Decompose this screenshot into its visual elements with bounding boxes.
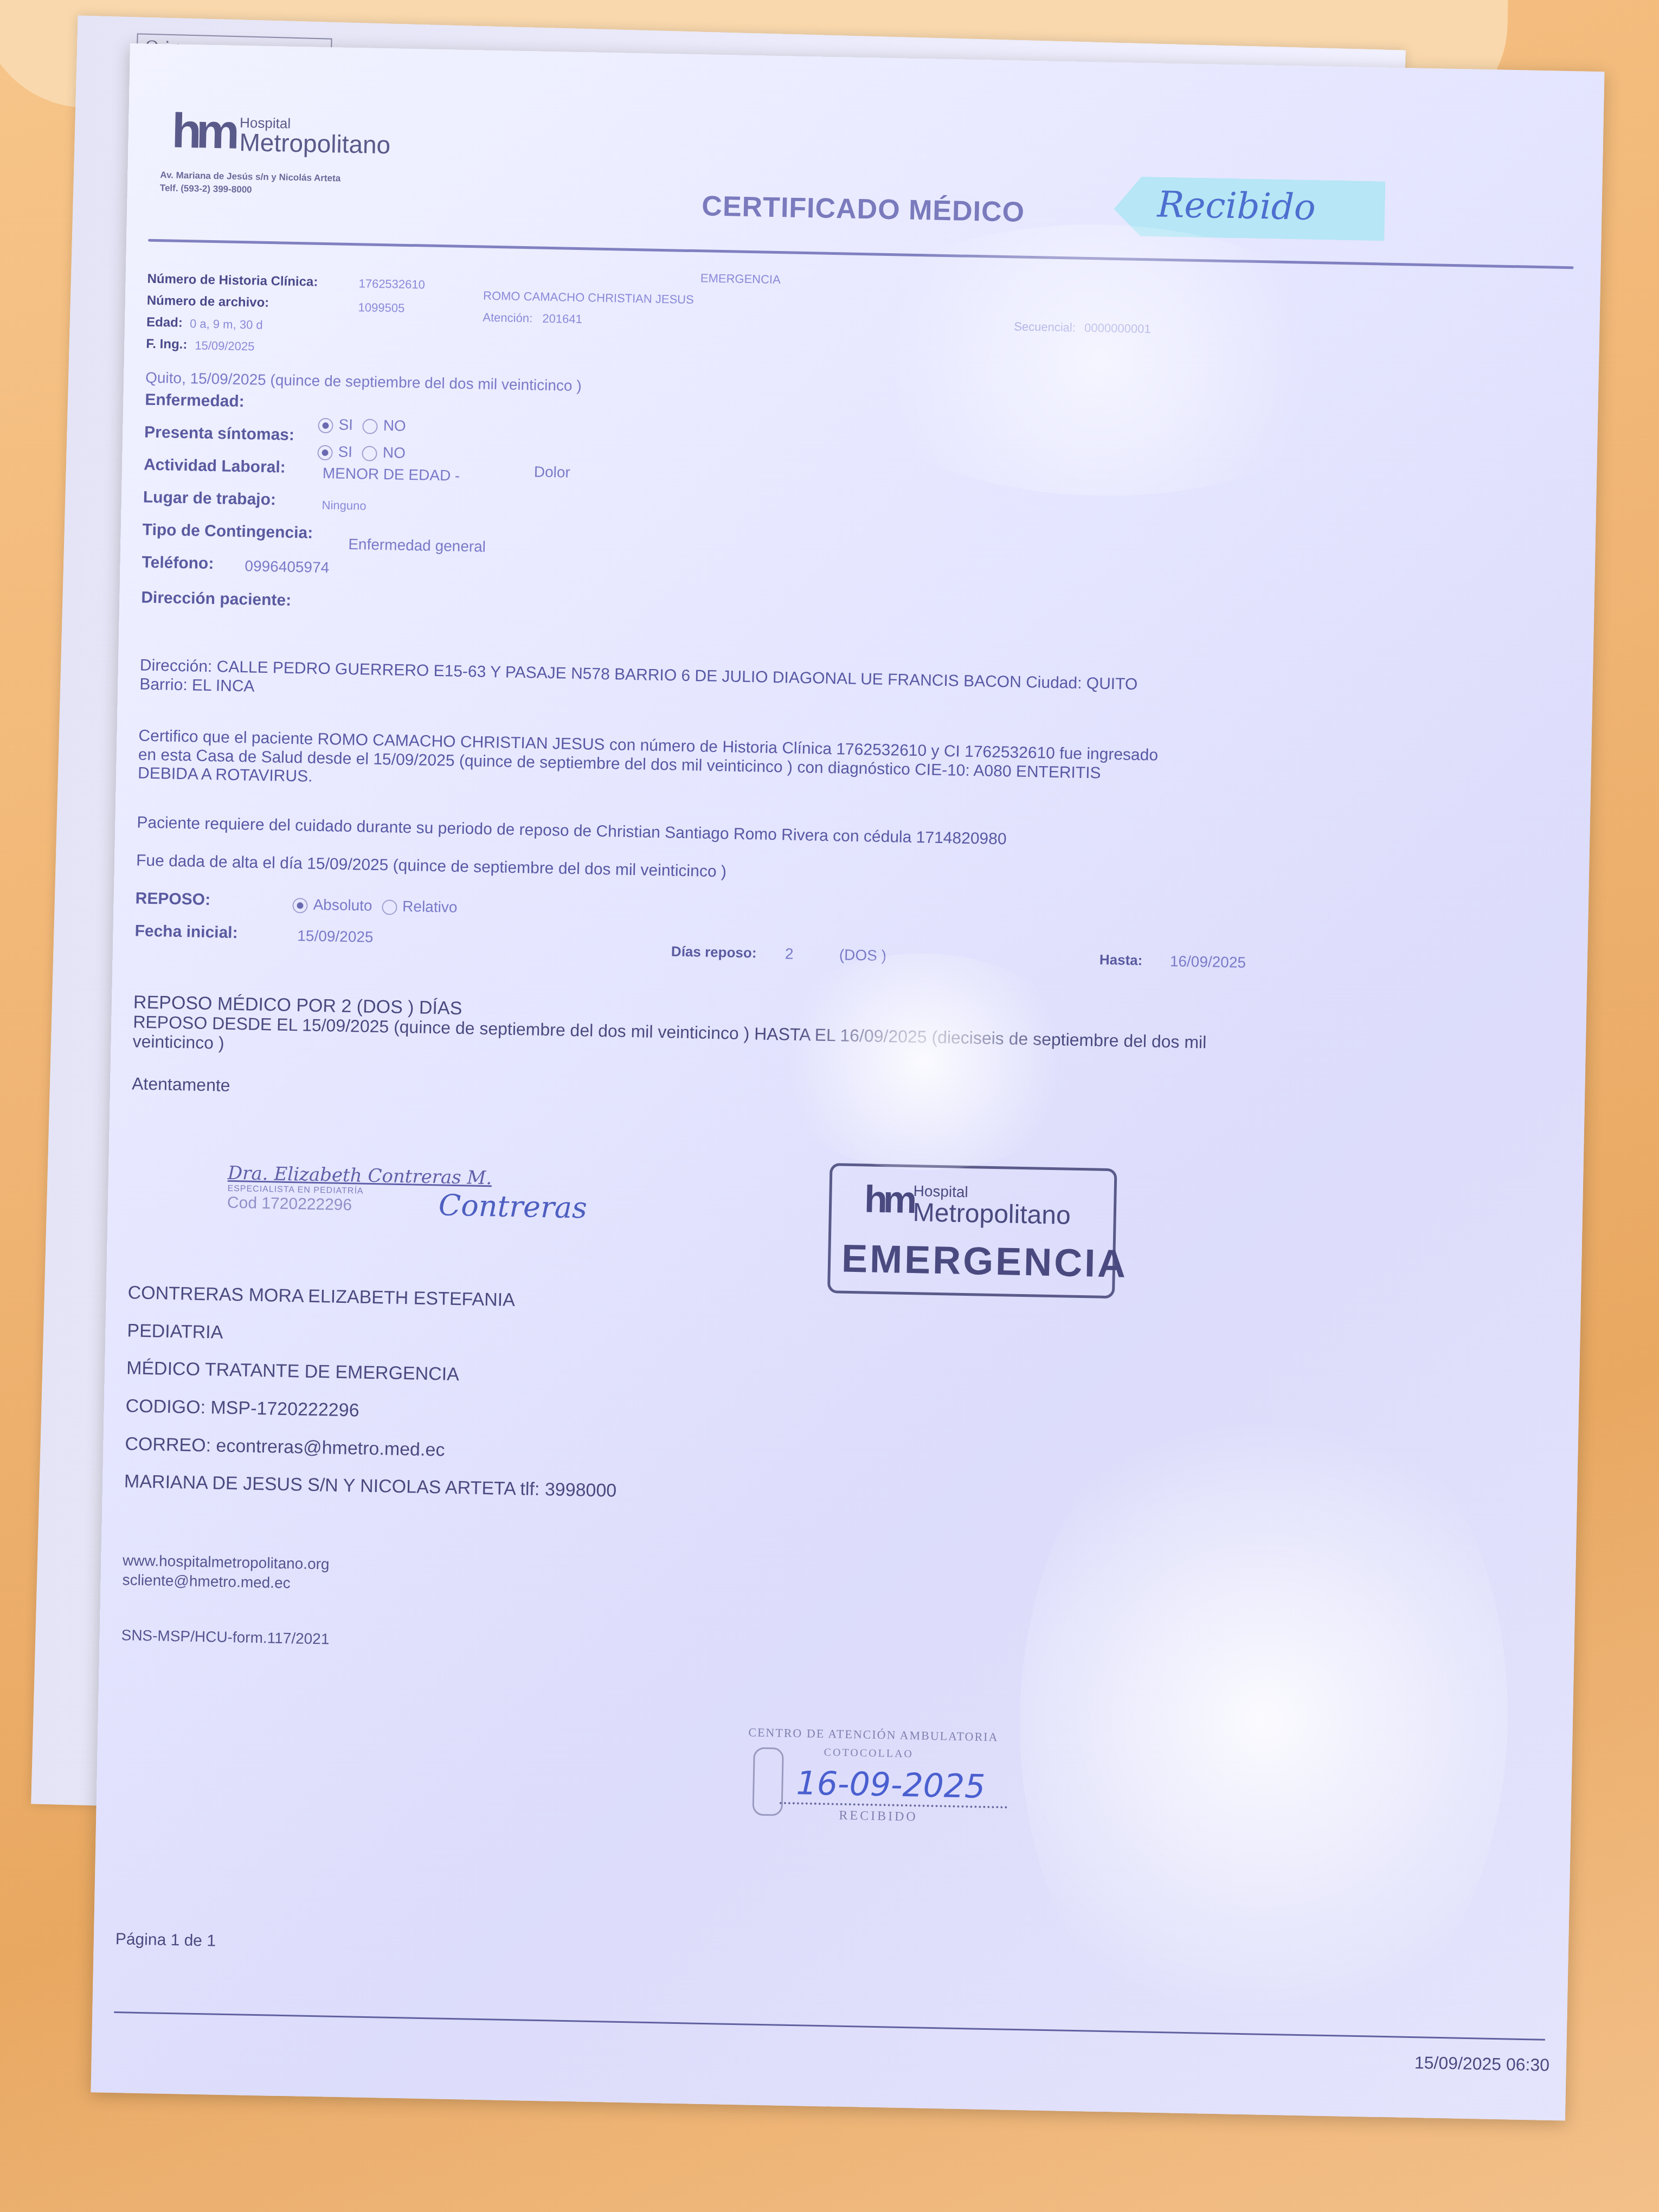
actividad-label: Actividad Laboral: <box>144 456 286 477</box>
stamp-bracket <box>752 1747 783 1816</box>
dias-value: 2 <box>785 946 794 963</box>
handwritten-signature: Contreras <box>438 1188 587 1225</box>
hospital-logo: hm Hospital Metropolitano <box>171 110 391 158</box>
logo-mark: hm <box>171 110 235 155</box>
secuencial-value: 0000000001 <box>1084 321 1151 336</box>
sintomas-options: SI NO <box>312 443 406 462</box>
archivo-label: Número de archivo: <box>147 293 269 311</box>
actividad-value: MENOR DE EDAD - <box>323 465 460 485</box>
enfermedad-options: SI NO <box>312 416 406 435</box>
footer-divider <box>114 2011 1545 2041</box>
page-title: CERTIFICADO MÉDICO <box>702 190 1025 228</box>
doctor-info: CONTRERAS MORA ELIZABETH ESTEFANIA PEDIA… <box>124 1274 620 1510</box>
discharge-line: Fue dada de alta el día 15/09/2025 (quin… <box>136 851 726 881</box>
secuencial-label: Secuencial: <box>1014 319 1076 335</box>
stamp-label: EMERGENCIA <box>841 1237 1128 1287</box>
direccion-label: Dirección paciente: <box>141 589 291 610</box>
hasta-value: 16/09/2025 <box>1170 953 1246 972</box>
telefono-value: 0996405974 <box>245 557 329 576</box>
edad-value: 0 a, 9 m, 30 d <box>190 317 263 332</box>
doctor-signature: Dra. Elizabeth Contreras M. ESPECIALISTA… <box>226 1162 531 1261</box>
dias-label: Días reposo: <box>671 943 757 961</box>
medical-certificate: hm Hospital Metropolitano Av. Mariana de… <box>91 43 1604 2121</box>
enfermedad-label: Enfermedad: <box>145 391 245 411</box>
hasta-label: Hasta: <box>1099 951 1143 969</box>
edad-label: Edad: <box>146 315 183 331</box>
sintomas-si-radio[interactable] <box>317 445 333 460</box>
patient-address: Dirección: CALLE PEDRO GUERRERO E15-63 Y… <box>139 657 1138 713</box>
lugar-value: Ninguno <box>321 498 366 513</box>
radio-label: SI <box>338 416 353 434</box>
received-stamp: CENTRO DE ATENCIÓN AMBULATORIA COTOCOLLA… <box>747 1725 1020 1839</box>
reposo-options: Absoluto Relativo <box>287 896 457 916</box>
radio-label: NO <box>383 417 407 434</box>
sintomas-label: Presenta síntomas: <box>144 423 294 445</box>
logo-big-text: Metropolitano <box>239 130 391 157</box>
radio-label: NO <box>383 444 406 461</box>
care-line: Paciente requiere del cuidado durante su… <box>137 814 1007 849</box>
form-code: SNS-MSP/HCU-form.117/2021 <box>121 1626 329 1648</box>
stamp-top-text: CENTRO DE ATENCIÓN AMBULATORIA <box>748 1725 1019 1745</box>
reposo-label: REPOSO: <box>135 889 210 909</box>
page-number: Página 1 de 1 <box>115 1930 216 1951</box>
sintomas-no-radio[interactable] <box>362 446 378 461</box>
stamp-big-text: Metropolitano <box>912 1198 1071 1231</box>
handwritten-date: 16-09-2025 <box>796 1764 986 1806</box>
radio-label: SI <box>338 443 352 461</box>
atencion-value: 201641 <box>542 312 582 326</box>
contingencia-value: Enfermedad general <box>348 536 486 556</box>
telefono-label: Teléfono: <box>142 554 214 574</box>
received-note: Recibido <box>1114 176 1386 241</box>
closing: Atentamente <box>132 1073 230 1095</box>
certification-paragraph: Certifico que el paciente ROMO CAMACHO C… <box>138 727 1159 803</box>
stamp-middle-text: COTOCOLLAO <box>824 1746 914 1760</box>
contact-email[interactable]: scliente@hmetro.med.ec <box>122 1571 329 1594</box>
stamp-logo-mark: hm <box>864 1177 914 1221</box>
fecha-inicial-value: 15/09/2025 <box>297 927 374 946</box>
historia-label: Número de Historia Clínica: <box>147 272 318 290</box>
fecha-inicial-label: Fecha inicial: <box>134 922 238 942</box>
header-divider <box>148 239 1574 269</box>
reposo-absoluto-radio[interactable] <box>292 898 308 914</box>
atencion-label: Atención: <box>483 311 532 326</box>
footer-contact: www.hospitalmetropolitano.org scliente@h… <box>122 1551 330 1594</box>
place-date: Quito, 15/09/2025 (quince de septiembre … <box>145 369 582 395</box>
rest-summary: REPOSO MÉDICO POR 2 (DOS ) DÍAS REPOSO D… <box>132 992 1207 1071</box>
handwritten-received: Recibido <box>1157 183 1316 228</box>
archivo-value: 1099505 <box>358 300 404 316</box>
lugar-label: Lugar de trabajo: <box>143 488 276 510</box>
light-glare <box>1013 1362 1515 2076</box>
enfermedad-si-radio[interactable] <box>318 417 333 433</box>
dias-words: (DOS ) <box>839 946 887 964</box>
department: EMERGENCIA <box>700 271 781 287</box>
enfermedad-no-radio[interactable] <box>363 419 378 434</box>
ingreso-value: 15/09/2025 <box>195 338 255 353</box>
reposo-relativo-radio[interactable] <box>382 899 397 915</box>
hospital-address: Av. Mariana de Jesús s/n y Nicolás Artet… <box>160 169 341 198</box>
patient-name: ROMO CAMACHO CHRISTIAN JESUS <box>483 289 694 307</box>
radio-label: Relativo <box>402 898 458 916</box>
radio-label: Absoluto <box>313 896 372 914</box>
stamp-bottom-text: RECIBIDO <box>839 1809 918 1825</box>
emergency-stamp: hm Hospital Metropolitano EMERGENCIA <box>827 1163 1117 1298</box>
historia-value: 1762532610 <box>358 276 425 292</box>
contingencia-label: Tipo de Contingencia: <box>142 521 313 543</box>
sintomas-note: Dolor <box>534 463 571 481</box>
print-timestamp: 15/09/2025 06:30 <box>1414 2053 1550 2075</box>
ingreso-label: F. Ing.: <box>146 337 188 352</box>
